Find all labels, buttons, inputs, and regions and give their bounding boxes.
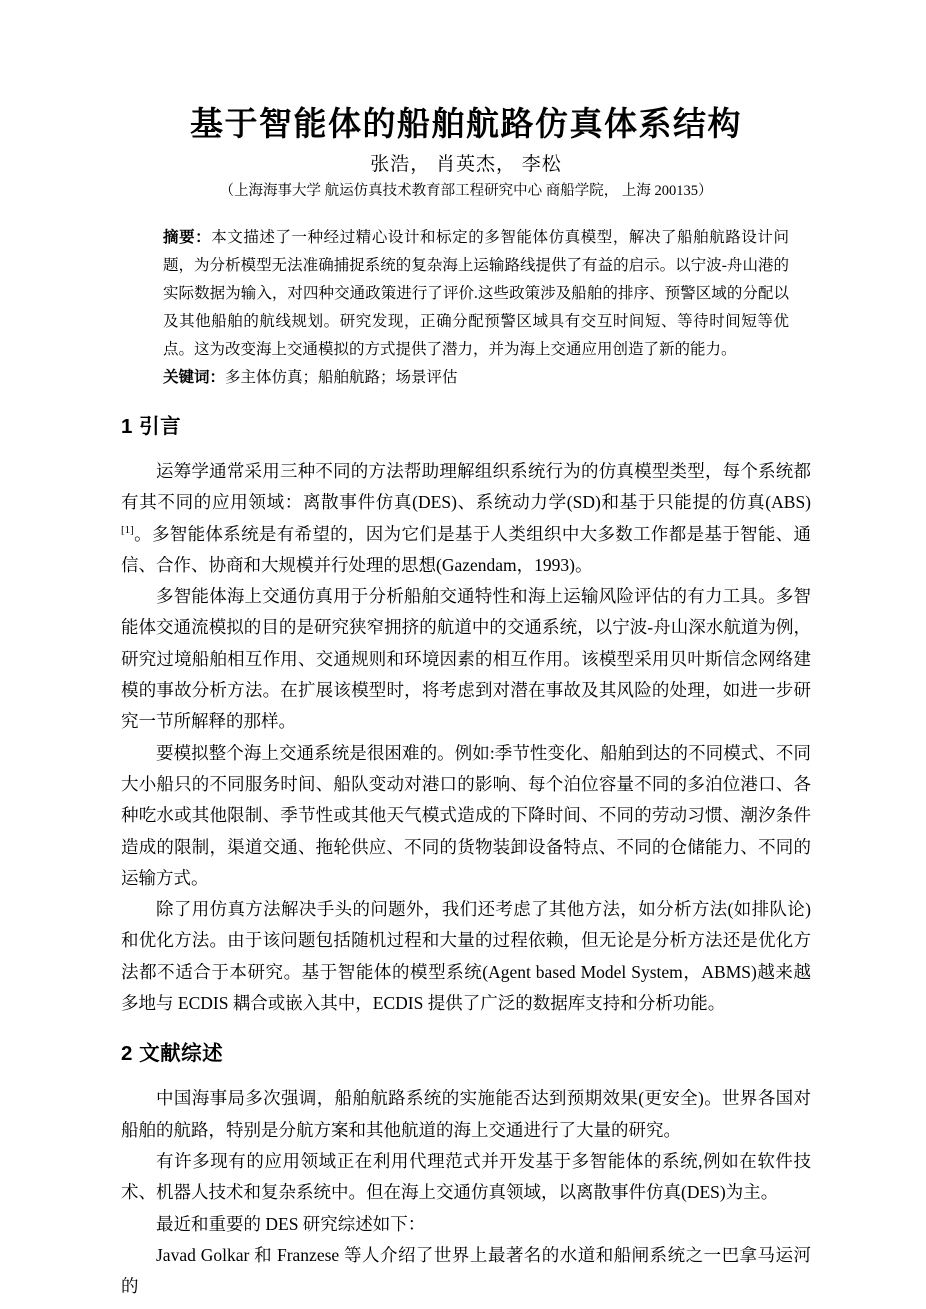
- paper-authors: 张浩， 肖英杰， 李松: [121, 152, 811, 178]
- citation-1-superscript: [1]: [121, 524, 134, 536]
- keywords-line: 关键词：多主体仿真；船舶航路；场景评估: [163, 364, 789, 392]
- section-2-paragraph-1: 中国海事局多次强调，船舶航路系统的实施能否达到预期效果(更安全)。世界各国对船舶…: [121, 1083, 811, 1146]
- section-1-paragraph-1-text-after-citation: 。多智能体系统是有希望的，因为它们是基于人类组织中大多数工作都是基于智能、通信、…: [121, 524, 811, 575]
- abstract-paragraph: 摘要：本文描述了一种经过精心设计和标定的多智能体仿真模型，解决了船舶航路设计问题…: [163, 224, 789, 364]
- section-1-paragraph-3: 要模拟整个海上交通系统是很困难的。例如:季节性变化、船舶到达的不同模式、不同大小…: [121, 738, 811, 894]
- section-2-paragraph-3: 最近和重要的 DES 研究综述如下：: [121, 1209, 811, 1240]
- abstract-label: 摘要：: [163, 229, 211, 246]
- paper-content: 基于智能体的船舶航路仿真体系结构 张浩， 肖英杰， 李松 （上海海事大学 航运仿…: [121, 0, 811, 1302]
- section-introduction: 1 引言 运筹学通常采用三种不同的方法帮助理解组织系统行为的仿真模型类型，每个系…: [121, 413, 811, 1019]
- section-1-paragraph-2: 多智能体海上交通仿真用于分析船舶交通特性和海上运输风险评估的有力工具。多智能体交…: [121, 581, 811, 737]
- paper-page: 基于智能体的船舶航路仿真体系结构 张浩， 肖英杰， 李松 （上海海事大学 航运仿…: [0, 0, 926, 1309]
- section-literature-review: 2 文献综述 中国海事局多次强调，船舶航路系统的实施能否达到预期效果(更安全)。…: [121, 1040, 811, 1302]
- section-2-paragraph-4: Javad Golkar 和 Franzese 等人介绍了世界上最著名的水道和船…: [121, 1240, 811, 1303]
- paper-affiliation: （上海海事大学 航运仿真技术教育部工程研究中心 商船学院， 上海 200135）: [121, 180, 811, 202]
- paper-title: 基于智能体的船舶航路仿真体系结构: [121, 0, 811, 146]
- section-1-heading: 1 引言: [121, 413, 811, 441]
- abstract-block: 摘要：本文描述了一种经过精心设计和标定的多智能体仿真模型，解决了船舶航路设计问题…: [163, 224, 789, 392]
- abstract-text: 本文描述了一种经过精心设计和标定的多智能体仿真模型，解决了船舶航路设计问题，为分…: [163, 229, 789, 358]
- keywords-label: 关键词：: [163, 369, 225, 386]
- section-1-paragraph-1: 运筹学通常采用三种不同的方法帮助理解组织系统行为的仿真模型类型，每个系统都有其不…: [121, 456, 811, 581]
- section-2-heading: 2 文献综述: [121, 1040, 811, 1068]
- section-1-paragraph-4: 除了用仿真方法解决手头的问题外，我们还考虑了其他方法，如分析方法(如排队论)和优…: [121, 894, 811, 1019]
- keywords-text: 多主体仿真；船舶航路；场景评估: [225, 369, 458, 386]
- section-2-paragraph-2: 有许多现有的应用领域正在利用代理范式并开发基于多智能体的系统,例如在软件技术、机…: [121, 1146, 811, 1209]
- section-1-paragraph-1-text-before-citation: 运筹学通常采用三种不同的方法帮助理解组织系统行为的仿真模型类型，每个系统都有其不…: [121, 461, 811, 512]
